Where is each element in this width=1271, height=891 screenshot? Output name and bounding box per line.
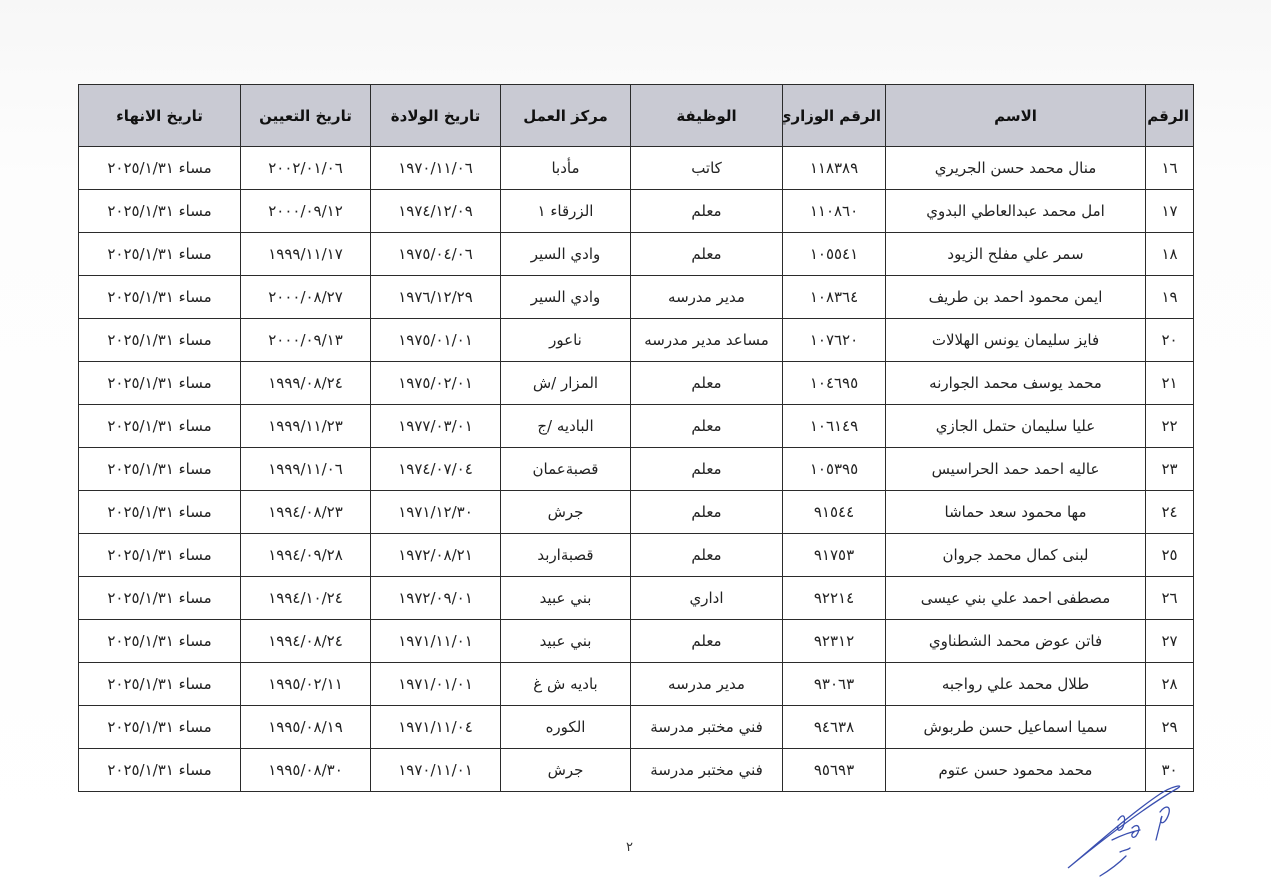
cell-birth-date: ١٩٧١/٠١/٠١ <box>371 663 501 706</box>
cell-idx: ٢١ <box>1146 362 1194 405</box>
cell-idx: ١٧ <box>1146 190 1194 233</box>
table-row: ١٩ ايمن محمود احمد بن طريف ١٠٨٣٦٤ مدير م… <box>79 276 1194 319</box>
cell-idx: ٢٠ <box>1146 319 1194 362</box>
cell-end-date: مساء ٢٠٢٥/١/٣١ <box>79 362 241 405</box>
cell-job: مدير مدرسه <box>631 276 783 319</box>
table-row: ٢١ محمد يوسف محمد الجوارنه ١٠٤٦٩٥ معلم ا… <box>79 362 1194 405</box>
staff-table: الرقم الاسم الرقم الوزاري الوظيفة مركز ا… <box>78 84 1194 792</box>
cell-end-date: مساء ٢٠٢٥/١/٣١ <box>79 147 241 190</box>
cell-end-date: مساء ٢٠٢٥/١/٣١ <box>79 577 241 620</box>
cell-idx: ٢٤ <box>1146 491 1194 534</box>
page-number: ٢ <box>626 840 633 855</box>
cell-idx: ١٦ <box>1146 147 1194 190</box>
cell-hire-date: ١٩٩٥/٠٨/٣٠ <box>241 749 371 792</box>
cell-hire-date: ٢٠٠٠/٠٩/١٢ <box>241 190 371 233</box>
cell-birth-date: ١٩٧١/١١/٠٤ <box>371 706 501 749</box>
cell-ministry-no: ٩١٧٥٣ <box>783 534 886 577</box>
cell-job: معلم <box>631 362 783 405</box>
cell-end-date: مساء ٢٠٢٥/١/٣١ <box>79 405 241 448</box>
cell-name: منال محمد حسن الجريري <box>886 147 1146 190</box>
cell-name: لبنى كمال محمد جروان <box>886 534 1146 577</box>
cell-hire-date: ١٩٩٤/٠٨/٢٣ <box>241 491 371 534</box>
table-row: ٢٣ عاليه احمد حمد الحراسيس ١٠٥٣٩٥ معلم ق… <box>79 448 1194 491</box>
cell-job: معلم <box>631 620 783 663</box>
cell-birth-date: ١٩٧١/١٢/٣٠ <box>371 491 501 534</box>
cell-work-center: قصبةعمان <box>501 448 631 491</box>
cell-idx: ١٨ <box>1146 233 1194 276</box>
header-idx: الرقم <box>1146 85 1194 147</box>
cell-job: مدير مدرسه <box>631 663 783 706</box>
table-row: ٢٤ مها محمود سعد حماشا ٩١٥٤٤ معلم جرش ١٩… <box>79 491 1194 534</box>
cell-hire-date: ١٩٩٩/١١/٠٦ <box>241 448 371 491</box>
header-work-center: مركز العمل <box>501 85 631 147</box>
cell-name: طلال محمد علي رواجبه <box>886 663 1146 706</box>
cell-end-date: مساء ٢٠٢٥/١/٣١ <box>79 620 241 663</box>
cell-ministry-no: ١١٠٨٦٠ <box>783 190 886 233</box>
cell-birth-date: ١٩٧٦/١٢/٢٩ <box>371 276 501 319</box>
cell-ministry-no: ١١٨٣٨٩ <box>783 147 886 190</box>
table-row: ٢٦ مصطفى احمد علي بني عيسى ٩٢٢١٤ اداري ب… <box>79 577 1194 620</box>
cell-work-center: ناعور <box>501 319 631 362</box>
cell-work-center: وادي السير <box>501 276 631 319</box>
cell-work-center: الزرقاء ١ <box>501 190 631 233</box>
cell-name: مصطفى احمد علي بني عيسى <box>886 577 1146 620</box>
cell-work-center: المزار /ش <box>501 362 631 405</box>
cell-name: عليا سليمان حتمل الجازي <box>886 405 1146 448</box>
cell-work-center: جرش <box>501 491 631 534</box>
cell-work-center: باديه ش غ <box>501 663 631 706</box>
cell-end-date: مساء ٢٠٢٥/١/٣١ <box>79 190 241 233</box>
cell-idx: ٢٩ <box>1146 706 1194 749</box>
cell-work-center: جرش <box>501 749 631 792</box>
cell-work-center: بني عبيد <box>501 577 631 620</box>
cell-end-date: مساء ٢٠٢٥/١/٣١ <box>79 491 241 534</box>
cell-hire-date: ١٩٩٤/٠٩/٢٨ <box>241 534 371 577</box>
cell-name: مها محمود سعد حماشا <box>886 491 1146 534</box>
cell-hire-date: ١٩٩٥/٠٢/١١ <box>241 663 371 706</box>
cell-name: فايز سليمان يونس الهلالات <box>886 319 1146 362</box>
cell-ministry-no: ١٠٥٥٤١ <box>783 233 886 276</box>
cell-job: فني مختبر مدرسة <box>631 749 783 792</box>
cell-birth-date: ١٩٧١/١١/٠١ <box>371 620 501 663</box>
cell-name: فاتن عوض محمد الشطناوي <box>886 620 1146 663</box>
cell-job: معلم <box>631 233 783 276</box>
cell-birth-date: ١٩٧٢/٠٨/٢١ <box>371 534 501 577</box>
cell-ministry-no: ٩٥٦٩٣ <box>783 749 886 792</box>
cell-name: عاليه احمد حمد الحراسيس <box>886 448 1146 491</box>
document-page: الرقم الاسم الرقم الوزاري الوظيفة مركز ا… <box>0 0 1271 891</box>
cell-hire-date: ٢٠٠٠/٠٨/٢٧ <box>241 276 371 319</box>
header-birth-date: تاريخ الولادة <box>371 85 501 147</box>
cell-end-date: مساء ٢٠٢٥/١/٣١ <box>79 233 241 276</box>
cell-end-date: مساء ٢٠٢٥/١/٣١ <box>79 276 241 319</box>
cell-birth-date: ١٩٧٤/٠٧/٠٤ <box>371 448 501 491</box>
cell-work-center: قصبةاربد <box>501 534 631 577</box>
cell-idx: ١٩ <box>1146 276 1194 319</box>
cell-end-date: مساء ٢٠٢٥/١/٣١ <box>79 749 241 792</box>
table-row: ٢٧ فاتن عوض محمد الشطناوي ٩٢٣١٢ معلم بني… <box>79 620 1194 663</box>
cell-ministry-no: ٩٢٢١٤ <box>783 577 886 620</box>
cell-ministry-no: ١٠٤٦٩٥ <box>783 362 886 405</box>
cell-job: معلم <box>631 405 783 448</box>
table-row: ٢٢ عليا سليمان حتمل الجازي ١٠٦١٤٩ معلم ا… <box>79 405 1194 448</box>
table-header-row: الرقم الاسم الرقم الوزاري الوظيفة مركز ا… <box>79 85 1194 147</box>
cell-hire-date: ٢٠٠٢/٠١/٠٦ <box>241 147 371 190</box>
cell-job: فني مختبر مدرسة <box>631 706 783 749</box>
cell-job: معلم <box>631 448 783 491</box>
cell-job: معلم <box>631 491 783 534</box>
cell-name: امل محمد عبدالعاطي البدوي <box>886 190 1146 233</box>
cell-idx: ٢٣ <box>1146 448 1194 491</box>
cell-job: كاتب <box>631 147 783 190</box>
cell-ministry-no: ١٠٧٦٢٠ <box>783 319 886 362</box>
table-row: ١٧ امل محمد عبدالعاطي البدوي ١١٠٨٦٠ معلم… <box>79 190 1194 233</box>
cell-name: سميا اسماعيل حسن طربوش <box>886 706 1146 749</box>
cell-birth-date: ١٩٧٤/١٢/٠٩ <box>371 190 501 233</box>
signature-icon <box>1060 780 1190 880</box>
cell-end-date: مساء ٢٠٢٥/١/٣١ <box>79 319 241 362</box>
table-row: ٢٩ سميا اسماعيل حسن طربوش ٩٤٦٣٨ فني مختب… <box>79 706 1194 749</box>
cell-birth-date: ١٩٧٥/٠٢/٠١ <box>371 362 501 405</box>
cell-job: مساعد مدير مدرسه <box>631 319 783 362</box>
cell-work-center: الكوره <box>501 706 631 749</box>
cell-work-center: بني عبيد <box>501 620 631 663</box>
cell-name: ايمن محمود احمد بن طريف <box>886 276 1146 319</box>
cell-hire-date: ١٩٩٤/٠٨/٢٤ <box>241 620 371 663</box>
cell-ministry-no: ٩٢٣١٢ <box>783 620 886 663</box>
cell-ministry-no: ٩٣٠٦٣ <box>783 663 886 706</box>
header-ministry-no: الرقم الوزاري <box>783 85 886 147</box>
cell-ministry-no: ١٠٦١٤٩ <box>783 405 886 448</box>
table-row: ٢٠ فايز سليمان يونس الهلالات ١٠٧٦٢٠ مساع… <box>79 319 1194 362</box>
cell-birth-date: ١٩٧٢/٠٩/٠١ <box>371 577 501 620</box>
header-name: الاسم <box>886 85 1146 147</box>
table-row: ٣٠ محمد محمود حسن عتوم ٩٥٦٩٣ فني مختبر م… <box>79 749 1194 792</box>
cell-work-center: وادي السير <box>501 233 631 276</box>
cell-ministry-no: ١٠٥٣٩٥ <box>783 448 886 491</box>
cell-hire-date: ١٩٩٩/١١/١٧ <box>241 233 371 276</box>
cell-hire-date: ٢٠٠٠/٠٩/١٣ <box>241 319 371 362</box>
cell-job: معلم <box>631 190 783 233</box>
cell-end-date: مساء ٢٠٢٥/١/٣١ <box>79 448 241 491</box>
cell-job: اداري <box>631 577 783 620</box>
cell-hire-date: ١٩٩٩/١١/٢٣ <box>241 405 371 448</box>
cell-birth-date: ١٩٧٧/٠٣/٠١ <box>371 405 501 448</box>
cell-name: محمد يوسف محمد الجوارنه <box>886 362 1146 405</box>
cell-end-date: مساء ٢٠٢٥/١/٣١ <box>79 663 241 706</box>
cell-birth-date: ١٩٧٠/١١/٠٦ <box>371 147 501 190</box>
cell-end-date: مساء ٢٠٢٥/١/٣١ <box>79 706 241 749</box>
table-row: ١٦ منال محمد حسن الجريري ١١٨٣٨٩ كاتب مأد… <box>79 147 1194 190</box>
table-row: ٢٨ طلال محمد علي رواجبه ٩٣٠٦٣ مدير مدرسه… <box>79 663 1194 706</box>
cell-ministry-no: ٩١٥٤٤ <box>783 491 886 534</box>
cell-birth-date: ١٩٧٥/٠٤/٠٦ <box>371 233 501 276</box>
table-row: ١٨ سمر علي مفلح الزيود ١٠٥٥٤١ معلم وادي … <box>79 233 1194 276</box>
cell-work-center: مأدبا <box>501 147 631 190</box>
cell-idx: ٢٢ <box>1146 405 1194 448</box>
cell-idx: ٢٥ <box>1146 534 1194 577</box>
cell-idx: ٢٦ <box>1146 577 1194 620</box>
cell-ministry-no: ١٠٨٣٦٤ <box>783 276 886 319</box>
cell-birth-date: ١٩٧٥/٠١/٠١ <box>371 319 501 362</box>
cell-birth-date: ١٩٧٠/١١/٠١ <box>371 749 501 792</box>
cell-end-date: مساء ٢٠٢٥/١/٣١ <box>79 534 241 577</box>
cell-job: معلم <box>631 534 783 577</box>
header-end-date: تاريخ الانهاء <box>79 85 241 147</box>
cell-hire-date: ١٩٩٥/٠٨/١٩ <box>241 706 371 749</box>
header-job: الوظيفة <box>631 85 783 147</box>
cell-name: سمر علي مفلح الزيود <box>886 233 1146 276</box>
cell-hire-date: ١٩٩٩/٠٨/٢٤ <box>241 362 371 405</box>
cell-idx: ٢٨ <box>1146 663 1194 706</box>
cell-work-center: الباديه /ج <box>501 405 631 448</box>
header-hire-date: تاريخ التعيين <box>241 85 371 147</box>
cell-hire-date: ١٩٩٤/١٠/٢٤ <box>241 577 371 620</box>
cell-ministry-no: ٩٤٦٣٨ <box>783 706 886 749</box>
table-row: ٢٥ لبنى كمال محمد جروان ٩١٧٥٣ معلم قصبةا… <box>79 534 1194 577</box>
cell-idx: ٢٧ <box>1146 620 1194 663</box>
